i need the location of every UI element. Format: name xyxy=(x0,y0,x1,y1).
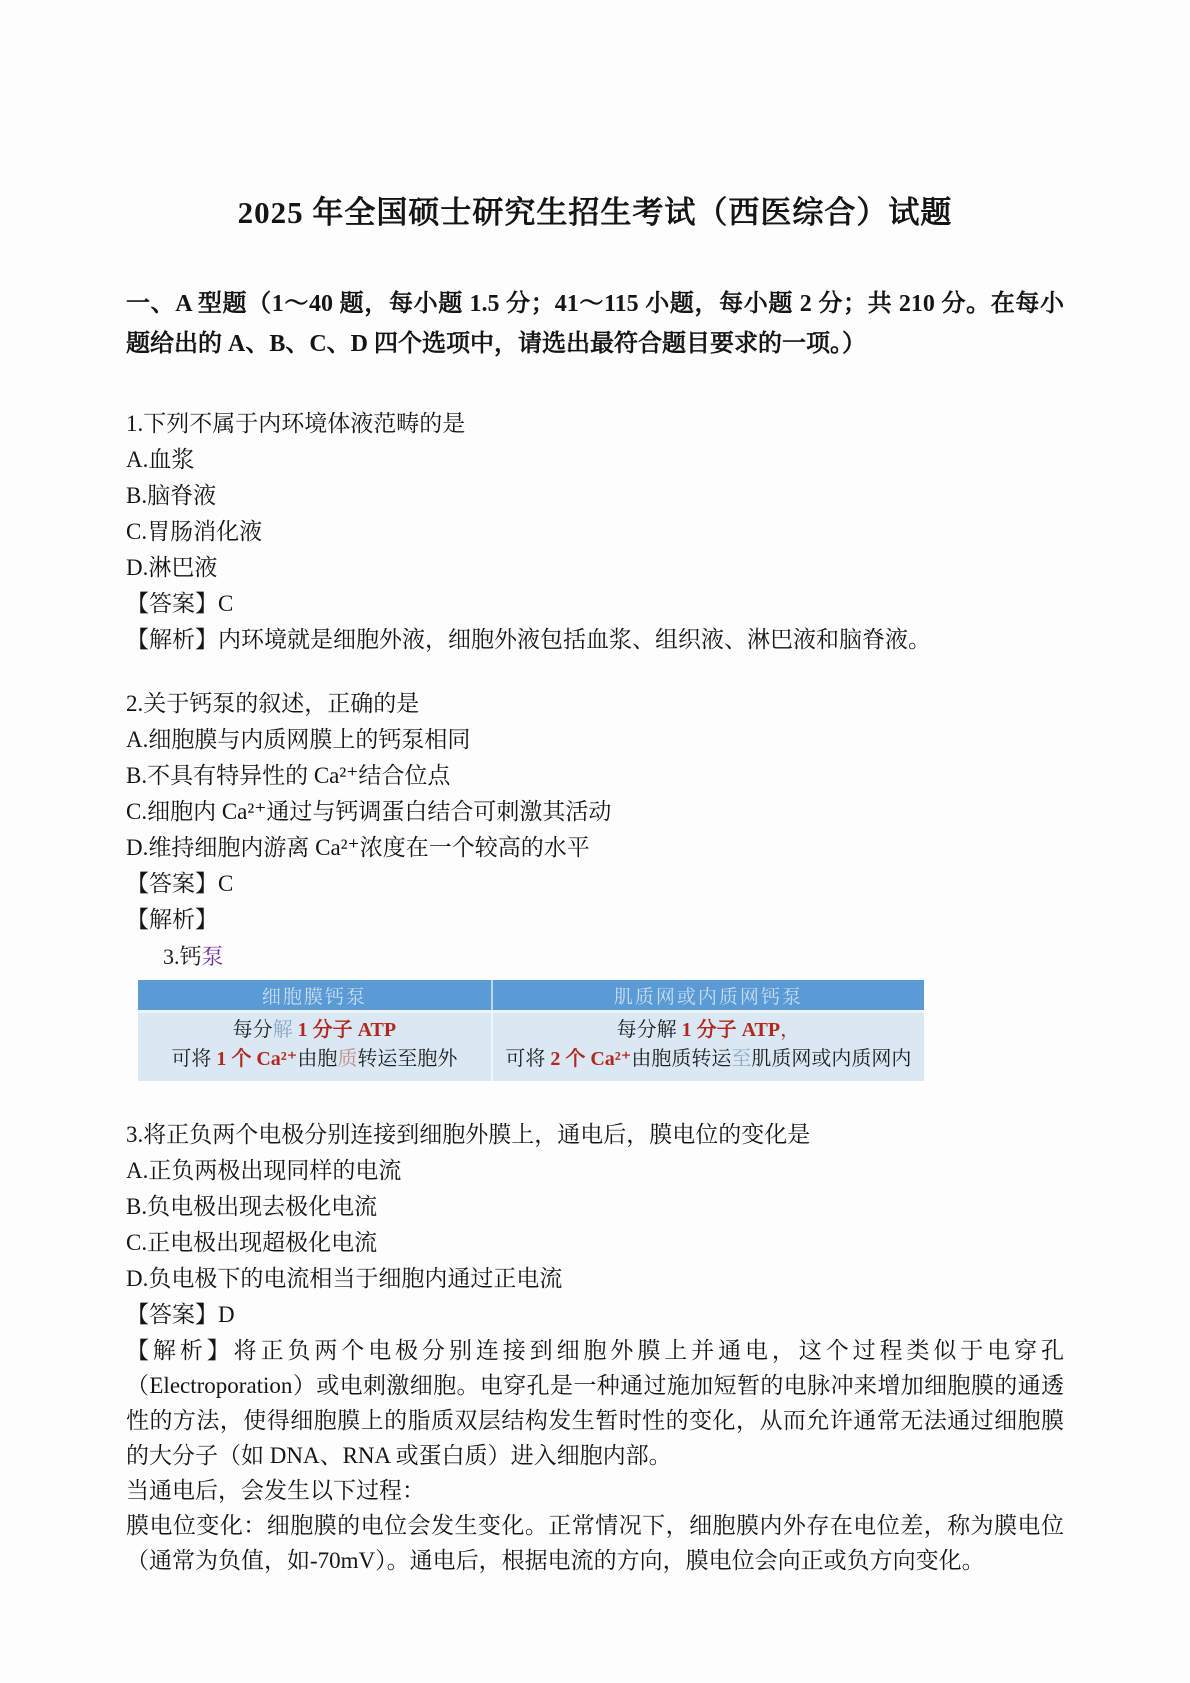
question-1-answer-line: 【答案】C xyxy=(126,586,1064,622)
table-header-cell-reticulum-pump: 肌质网或内质网钙泵 xyxy=(492,980,924,1012)
calcium-pump-figure: 3.钙泵 细胞膜钙泵 肌质网或内质网钙泵 每分解 1 分子 ATP 可将 1 个… xyxy=(126,942,1064,1081)
question-3-option-a: A.正负两极出现同样的电流 xyxy=(126,1153,1064,1189)
question-3-answer: D xyxy=(218,1302,235,1327)
reticulum-pump-line-1: 每分解 1 分子 ATP， xyxy=(499,1016,918,1045)
answer-label: 【答案】 xyxy=(126,591,218,616)
question-3-option-c: C.正电极出现超极化电流 xyxy=(126,1225,1064,1261)
answer-label: 【答案】 xyxy=(126,871,218,896)
question-3-analysis: 将正负两个电极分别连接到细胞外膜上并通电，这个过程类似于电穿孔（Electrop… xyxy=(126,1338,1064,1468)
calcium-pump-table: 细胞膜钙泵 肌质网或内质网钙泵 每分解 1 分子 ATP 可将 1 个 Ca²⁺… xyxy=(138,980,924,1081)
exam-document-page: 2025 年全国硕士研究生招生考试（西医综合）试题 一、A 型题（1～40 题，… xyxy=(0,0,1190,1683)
table-body-row: 每分解 1 分子 ATP 可将 1 个 Ca²⁺由胞质转运至胞外 每分解 1 分… xyxy=(138,1012,924,1082)
question-3: 3.将正负两个电极分别连接到细胞外膜上，通电后，膜电位的变化是 A.正负两极出现… xyxy=(126,1117,1064,1578)
analysis-label: 【解析】 xyxy=(126,907,218,932)
question-2: 2.关于钙泵的叙述，正确的是 A.细胞膜与内质网膜上的钙泵相同 B.不具有特异性… xyxy=(126,686,1064,1081)
question-3-analysis-block: 【解析】将正负两个电极分别连接到细胞外膜上并通电，这个过程类似于电穿孔（Elec… xyxy=(126,1333,1064,1578)
question-3-analysis-line: 【解析】将正负两个电极分别连接到细胞外膜上并通电，这个过程类似于电穿孔（Elec… xyxy=(126,1333,1064,1473)
figure-caption: 3.钙泵 xyxy=(163,942,1064,972)
question-2-option-c: C.细胞内 Ca²⁺通过与钙调蛋白结合可刺激其活动 xyxy=(126,794,1064,830)
question-2-stem: 2.关于钙泵的叙述，正确的是 xyxy=(126,686,1064,722)
table-cell-reticulum-pump: 每分解 1 分子 ATP， 可将 2 个 Ca²⁺由胞质转运至肌质网或内质网内 xyxy=(492,1012,924,1082)
question-3-answer-line: 【答案】D xyxy=(126,1297,1064,1333)
question-2-option-d: D.维持细胞内游离 Ca²⁺浓度在一个较高的水平 xyxy=(126,830,1064,866)
question-1-stem: 1.下列不属于内环境体液范畴的是 xyxy=(126,406,1064,442)
membrane-pump-line-1: 每分解 1 分子 ATP xyxy=(144,1016,485,1045)
section-a-intro: 一、A 型题（1～40 题，每小题 1.5 分；41～115 小题，每小题 2 … xyxy=(126,284,1064,364)
membrane-pump-line-2: 可将 1 个 Ca²⁺由胞质转运至胞外 xyxy=(144,1045,485,1074)
table-header-cell-membrane-pump: 细胞膜钙泵 xyxy=(138,980,492,1012)
question-2-analysis-line: 【解析】 xyxy=(126,902,1064,938)
table-header-row: 细胞膜钙泵 肌质网或内质网钙泵 xyxy=(138,980,924,1012)
question-1-analysis: 内环境就是细胞外液，细胞外液包括血浆、组织液、淋巴液和脑脊液。 xyxy=(218,627,931,652)
question-1-option-a: A.血浆 xyxy=(126,442,1064,478)
answer-label: 【答案】 xyxy=(126,1302,218,1327)
question-2-option-a: A.细胞膜与内质网膜上的钙泵相同 xyxy=(126,722,1064,758)
question-1-option-c: C.胃肠消化液 xyxy=(126,514,1064,550)
analysis-label: 【解析】 xyxy=(126,627,218,652)
page-title: 2025 年全国硕士研究生招生考试（西医综合）试题 xyxy=(126,192,1064,234)
question-2-answer-line: 【答案】C xyxy=(126,866,1064,902)
question-1: 1.下列不属于内环境体液范畴的是 A.血浆 B.脑脊液 C.胃肠消化液 D.淋巴… xyxy=(126,406,1064,658)
question-1-option-d: D.淋巴液 xyxy=(126,550,1064,586)
question-3-option-d: D.负电极下的电流相当于细胞内通过正电流 xyxy=(126,1261,1064,1297)
question-1-analysis-line: 【解析】内环境就是细胞外液，细胞外液包括血浆、组织液、淋巴液和脑脊液。 xyxy=(126,622,1064,658)
question-1-answer: C xyxy=(218,591,233,616)
analysis-label: 【解析】 xyxy=(126,1338,234,1363)
reticulum-pump-line-2: 可将 2 个 Ca²⁺由胞质转运至肌质网或内质网内 xyxy=(499,1045,918,1074)
question-1-option-b: B.脑脊液 xyxy=(126,478,1064,514)
question-3-analysis-extra-2: 膜电位变化：细胞膜的电位会发生变化。正常情况下，细胞膜内外存在电位差，称为膜电位… xyxy=(126,1508,1064,1578)
question-2-answer: C xyxy=(218,871,233,896)
table-cell-membrane-pump: 每分解 1 分子 ATP 可将 1 个 Ca²⁺由胞质转运至胞外 xyxy=(138,1012,492,1082)
question-3-stem: 3.将正负两个电极分别连接到细胞外膜上，通电后，膜电位的变化是 xyxy=(126,1117,1064,1153)
question-2-option-b: B.不具有特异性的 Ca²⁺结合位点 xyxy=(126,758,1064,794)
question-3-option-b: B.负电极出现去极化电流 xyxy=(126,1189,1064,1225)
question-3-analysis-extra-1: 当通电后，会发生以下过程： xyxy=(126,1473,1064,1508)
